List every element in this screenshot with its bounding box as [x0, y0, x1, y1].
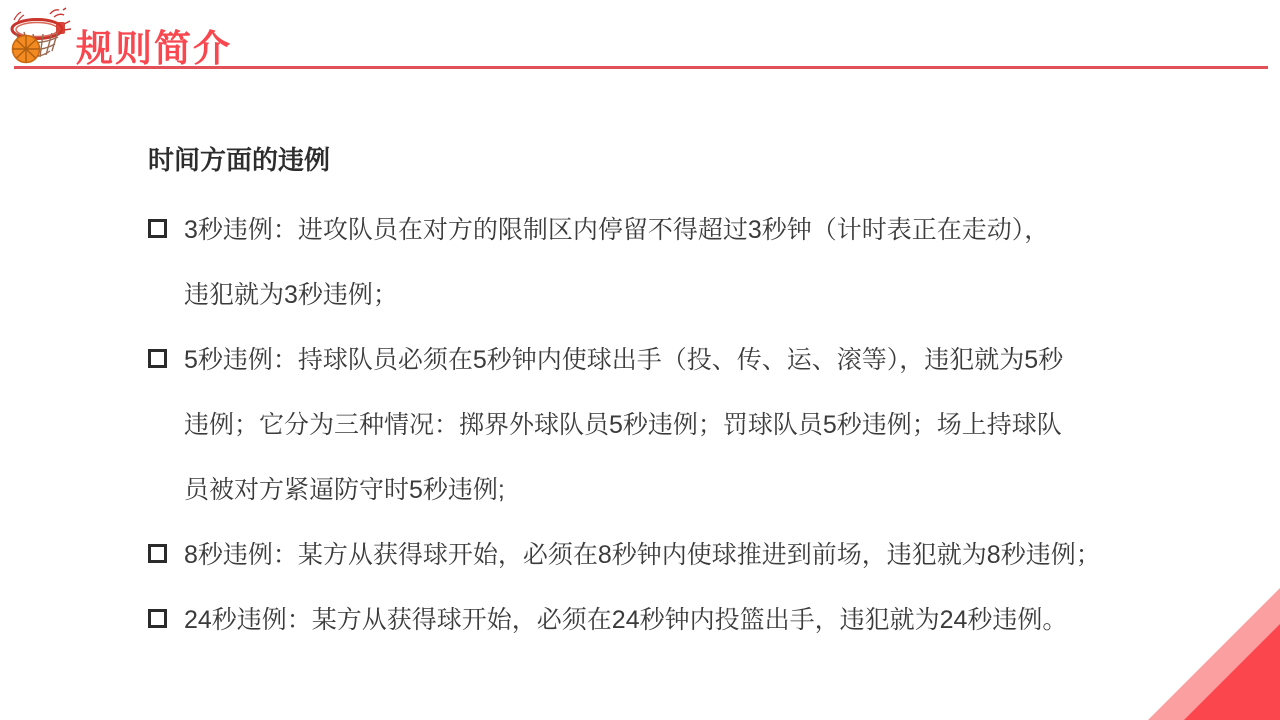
list-item: 5秒违例：持球队员必须在5秒钟内使球出手（投、传、运、滚等），违犯就为5秒	[148, 325, 1158, 390]
list-item-continuation: 员被对方紧逼防守时5秒违例;	[148, 455, 1158, 520]
square-bullet-icon	[148, 349, 167, 368]
list-item: 8秒违例：某方从获得球开始，必须在8秒钟内使球推进到前场，违犯就为8秒违例；	[148, 520, 1158, 585]
list-item-continuation: 违犯就为3秒违例；	[148, 260, 1158, 325]
list-item-text: 5秒违例：持球队员必须在5秒钟内使球出手（投、传、运、滚等），违犯就为5秒	[184, 340, 1063, 376]
list-item-text: 3秒违例：进攻队员在对方的限制区内停留不得超过3秒钟（计时表正在走动），	[184, 210, 1049, 246]
page-title: 规则简介	[76, 18, 232, 72]
square-bullet-icon	[148, 609, 167, 628]
list-item-text: 24秒违例：某方从获得球开始，必须在24秒钟内投篮出手，违犯就为24秒违例。	[184, 600, 1067, 636]
list-item-text: 8秒违例：某方从获得球开始，必须在8秒钟内使球推进到前场，违犯就为8秒违例；	[184, 535, 1101, 571]
list-item-text: 违例；它分为三种情况：掷界外球队员5秒违例；罚球队员5秒违例；场上持球队	[184, 405, 1062, 441]
list-item: 3秒违例：进攻队员在对方的限制区内停留不得超过3秒钟（计时表正在走动），	[148, 195, 1158, 260]
list-item: 24秒违例：某方从获得球开始，必须在24秒钟内投篮出手，违犯就为24秒违例。	[148, 585, 1158, 650]
list-item-text: 违犯就为3秒违例；	[184, 275, 398, 311]
title-underline	[14, 66, 1268, 69]
content-area: 时间方面的违例 3秒违例：进攻队员在对方的限制区内停留不得超过3秒钟（计时表正在…	[148, 142, 1158, 650]
list-item-continuation: 违例；它分为三种情况：掷界外球队员5秒违例；罚球队员5秒违例；场上持球队	[148, 390, 1158, 455]
square-bullet-icon	[148, 544, 167, 563]
slide: 规则简介 时间方面的违例 3秒违例：进攻队员在对方的限制区内停留不得超过3秒钟（…	[0, 0, 1280, 720]
square-bullet-icon	[148, 219, 167, 238]
list-item-text: 员被对方紧逼防守时5秒违例;	[184, 470, 505, 506]
section-heading: 时间方面的违例	[148, 142, 1158, 178]
basketball-hoop-icon	[6, 6, 72, 68]
bullet-list: 3秒违例：进攻队员在对方的限制区内停留不得超过3秒钟（计时表正在走动），违犯就为…	[148, 195, 1158, 650]
